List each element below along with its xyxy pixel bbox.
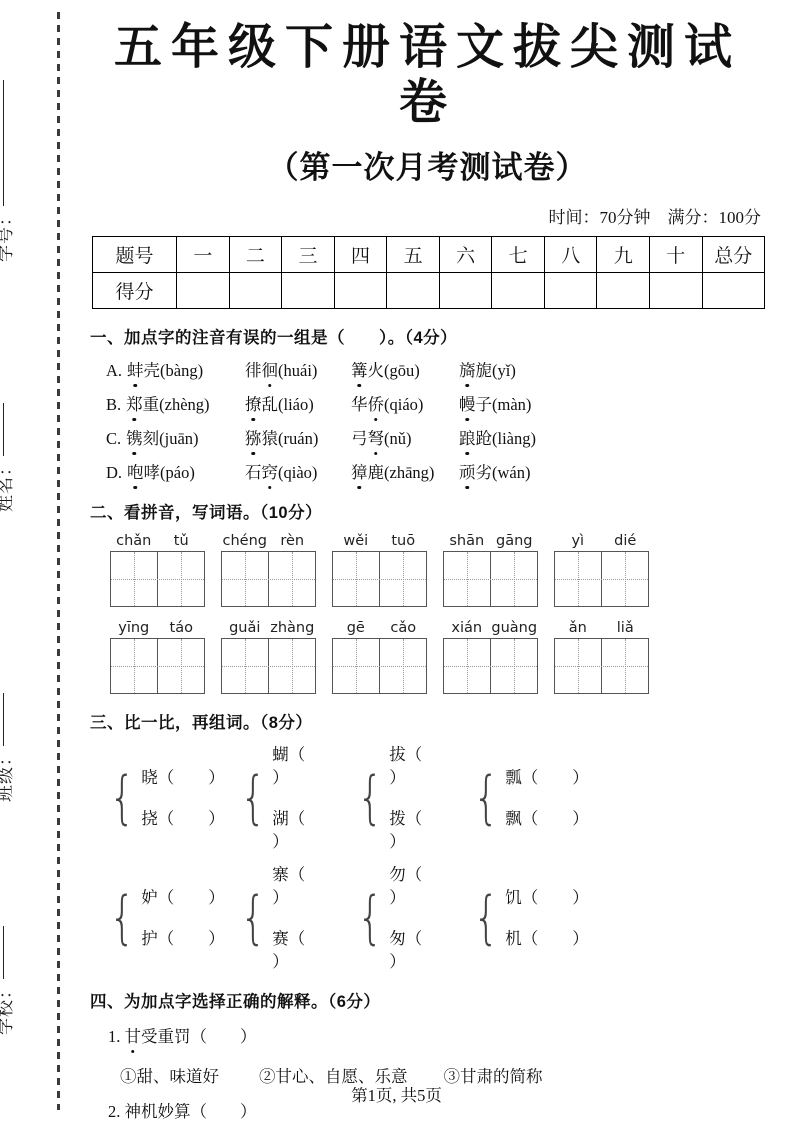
pinyin-syllable: chéng: [221, 533, 269, 549]
writing-cell: [379, 639, 426, 693]
score-cell-empty: [702, 273, 764, 309]
score-table-header-cell: 三: [282, 237, 335, 273]
score-table-header-cell: 二: [229, 237, 282, 273]
dotted-char: 郑: [126, 395, 143, 414]
pinyin-syllable: wěi: [332, 533, 380, 549]
score-cell-empty: [544, 273, 597, 309]
pinyin-writing-group: wěituō: [332, 533, 427, 607]
dotted-char: 徊: [262, 361, 279, 380]
paper-content: 五年级下册语文拔尖测试卷 （第一次月考测试卷） 时间：70分钟 满分：100分 …: [90, 0, 765, 1122]
score-table-header-cell: 题号: [93, 237, 177, 273]
student-id-fill-line: [2, 80, 4, 206]
compare-char: 拨: [389, 809, 406, 828]
dotted-char: 踉: [459, 429, 476, 448]
pinyin-syllable: guàng: [491, 620, 539, 636]
q1-option-c: C.镌刻(juān) 猕猿(ruán) 弓弩(nǔ) 踉跄(liàng): [106, 427, 765, 450]
writing-cell: [222, 639, 268, 693]
paper-title: 五年级下册语文拔尖测试卷: [90, 20, 765, 130]
class-label: 班级：: [0, 748, 16, 802]
score-table-header-cell: 一: [177, 237, 230, 273]
pinyin-writing-group: yìdié: [554, 533, 649, 607]
writing-box: [554, 551, 649, 607]
score-row-label: 得分: [93, 273, 177, 309]
q4-heading: 四、为加点字选择正确的解释。（6分）: [90, 988, 765, 1012]
compare-char: 晓: [141, 768, 158, 787]
binding-dashed-line: [57, 12, 60, 1110]
field-student-name: 姓名：: [0, 403, 16, 512]
school-fill-line: [2, 926, 4, 979]
word-pair-group: { 妒（） 护（）: [104, 863, 235, 973]
compare-char: 妒: [141, 888, 158, 907]
pinyin-syllable: xián: [443, 620, 491, 636]
q3-row-2: { 妒（） 护（） { 寨（） 赛（） { 勿（） 匆（） { 饥（） 机（）: [104, 863, 765, 973]
dotted-char: 窍: [262, 463, 279, 482]
student-name-fill-line: [2, 403, 4, 456]
dotted-char: 镌: [126, 429, 143, 448]
word-pair-group: { 蝴（） 湖（）: [235, 743, 352, 853]
writing-cell: [555, 552, 601, 606]
dotted-char: 蚌: [127, 361, 144, 380]
writing-cell: [601, 552, 648, 606]
option-label: A.: [106, 361, 122, 380]
compare-char: 蝴: [272, 745, 289, 764]
score-cell-empty: [492, 273, 545, 309]
compare-char: 护: [141, 929, 158, 948]
q2-row-1: chǎntǔ chéngrèn wěituō shāngāng yìdié: [110, 533, 765, 607]
compare-char: 勿: [389, 865, 406, 884]
brace-icon: {: [473, 771, 499, 825]
brace-icon: {: [357, 891, 383, 945]
q1-option-b: B.郑重(zhèng) 撩乱(liáo) 华侨(qiáo) 幔子(màn): [106, 393, 765, 416]
dotted-char: 旖: [459, 361, 476, 380]
compare-char: 机: [505, 929, 522, 948]
score-table: 题号 一 二 三 四 五 六 七 八 九 十 总分 得分: [92, 236, 765, 309]
dotted-char: 篝: [351, 361, 368, 380]
word-pair-group: { 瓢（） 飘（）: [468, 743, 589, 853]
writing-box: [332, 638, 427, 694]
score-cell-empty: [229, 273, 282, 309]
q2-heading: 二、看拼音，写词语。（10分）: [90, 499, 765, 523]
q3-row-1: { 晓（） 挠（） { 蝴（） 湖（） { 拔（） 拨（） { 瓢（） 飘（）: [104, 743, 765, 853]
writing-cell: [157, 639, 204, 693]
writing-cell: [379, 552, 426, 606]
writing-cell: [333, 552, 379, 606]
pinyin-syllable: ǎn: [554, 620, 602, 636]
dotted-char: 甘: [125, 1027, 142, 1046]
brace-icon: {: [473, 891, 499, 945]
writing-box: [221, 638, 316, 694]
compare-char: 拔: [389, 745, 406, 764]
score-table-header-cell: 十: [650, 237, 703, 273]
pinyin-syllable: táo: [158, 620, 206, 636]
option-label: C.: [106, 429, 121, 448]
pinyin-syllable: liǎ: [602, 620, 650, 636]
writing-box: [221, 551, 316, 607]
writing-cell: [157, 552, 204, 606]
compare-char: 挠: [141, 809, 158, 828]
pinyin-syllable: chǎn: [110, 533, 158, 549]
dotted-char: 顽: [459, 463, 476, 482]
paper-subtitle: （第一次月考测试卷）: [90, 142, 765, 187]
dotted-char: 撩: [245, 395, 262, 414]
writing-cell: [111, 552, 157, 606]
q1-option-d: D.咆哮(páo) 石窍(qiào) 獐鹿(zhāng) 顽劣(wán): [106, 461, 765, 484]
dotted-char: 幔: [459, 395, 476, 414]
writing-box: [443, 638, 538, 694]
compare-char: 赛: [272, 929, 289, 948]
pinyin-syllable: cǎo: [380, 620, 428, 636]
dotted-char: 獐: [351, 463, 368, 482]
pinyin-writing-group: xiánguàng: [443, 620, 538, 694]
compare-char: 飘: [505, 809, 522, 828]
writing-box: [554, 638, 649, 694]
student-id-label: 学号：: [0, 208, 16, 262]
writing-cell: [555, 639, 601, 693]
score-table-header-row: 题号 一 二 三 四 五 六 七 八 九 十 总分: [93, 237, 765, 273]
word-pair-group: { 饥（） 机（）: [468, 863, 589, 973]
dotted-char: 猕: [245, 429, 262, 448]
brace-icon: {: [109, 891, 135, 945]
compare-char: 饥: [505, 888, 522, 907]
q1-option-a: A.蚌壳(bàng) 徘徊(huái) 篝火(gōu) 旖旎(yǐ): [106, 359, 765, 382]
score-cell-empty: [387, 273, 440, 309]
pinyin-writing-group: chǎntǔ: [110, 533, 205, 607]
pinyin-writing-group: shāngāng: [443, 533, 538, 607]
score-cell-empty: [597, 273, 650, 309]
word-pair-group: { 勿（） 匆（）: [352, 863, 468, 973]
pinyin-syllable: yīng: [110, 620, 158, 636]
writing-box: [332, 551, 427, 607]
option-label: D.: [106, 463, 122, 482]
pinyin-writing-group: gēcǎo: [332, 620, 427, 694]
pinyin-syllable: dié: [602, 533, 650, 549]
score-table-header-cell: 总分: [702, 237, 764, 273]
writing-cell: [333, 639, 379, 693]
writing-box: [110, 638, 205, 694]
pinyin-syllable: tǔ: [158, 533, 206, 549]
score-cell-empty: [334, 273, 387, 309]
pinyin-syllable: yì: [554, 533, 602, 549]
writing-cell: [222, 552, 268, 606]
pinyin-syllable: gē: [332, 620, 380, 636]
score-table-header-cell: 七: [492, 237, 545, 273]
score-table-header-cell: 九: [597, 237, 650, 273]
score-table-header-cell: 五: [387, 237, 440, 273]
writing-cell: [601, 639, 648, 693]
writing-cell: [111, 639, 157, 693]
compare-char: 瓢: [505, 768, 522, 787]
compare-char: 寨: [272, 865, 289, 884]
score-cell-empty: [282, 273, 335, 309]
score-table-header-cell: 八: [544, 237, 597, 273]
word-pair-group: { 寨（） 赛（）: [235, 863, 352, 973]
dotted-char: 咆: [127, 463, 144, 482]
compare-char: 匆: [389, 929, 406, 948]
pinyin-syllable: rèn: [269, 533, 317, 549]
pinyin-syllable: shān: [443, 533, 491, 549]
score-cell-empty: [177, 273, 230, 309]
field-class: 班级：: [0, 693, 16, 802]
pinyin-writing-group: guǎizhàng: [221, 620, 316, 694]
class-fill-line: [2, 693, 4, 746]
brace-icon: {: [109, 771, 135, 825]
pinyin-writing-group: ǎnliǎ: [554, 620, 649, 694]
pinyin-syllable: tuō: [380, 533, 428, 549]
student-name-label: 姓名：: [0, 458, 16, 512]
score-table-header-cell: 四: [334, 237, 387, 273]
word-pair-group: { 拔（） 拨（）: [352, 743, 468, 853]
q4-item-1: 1. 甘受重罚（ ）: [108, 1025, 765, 1048]
writing-cell: [268, 639, 315, 693]
score-table-header-cell: 六: [439, 237, 492, 273]
score-cell-empty: [650, 273, 703, 309]
score-table-score-row: 得分: [93, 273, 765, 309]
compare-char: 湖: [272, 809, 289, 828]
pinyin-syllable: gāng: [491, 533, 539, 549]
writing-cell: [490, 552, 537, 606]
exam-time-score-info: 时间：70分钟 满分：100分: [90, 203, 765, 228]
writing-cell: [490, 639, 537, 693]
dotted-char: 弩: [368, 429, 385, 448]
word-pair-group: { 晓（） 挠（）: [104, 743, 235, 853]
brace-icon: {: [240, 891, 266, 945]
q1-heading: 一、加点字的注音有误的一组是（ ）。（4分）: [90, 324, 765, 348]
writing-cell: [444, 639, 490, 693]
pinyin-writing-group: chéngrèn: [221, 533, 316, 607]
school-label: 学校：: [0, 981, 16, 1035]
writing-box: [443, 551, 538, 607]
score-cell-empty: [439, 273, 492, 309]
writing-box: [110, 551, 205, 607]
pinyin-syllable: zhàng: [269, 620, 317, 636]
brace-icon: {: [240, 771, 266, 825]
brace-icon: {: [357, 771, 383, 825]
field-student-id: 学号：: [0, 80, 16, 262]
pinyin-writing-group: yīngtáo: [110, 620, 205, 694]
pinyin-syllable: guǎi: [221, 620, 269, 636]
writing-cell: [444, 552, 490, 606]
q2-row-2: yīngtáo guǎizhàng gēcǎo xiánguàng ǎnliǎ: [110, 620, 765, 694]
option-label: B.: [106, 395, 121, 414]
field-school: 学校：: [0, 926, 16, 1035]
q3-heading: 三、比一比，再组词。（8分）: [90, 709, 765, 733]
item-number: 1.: [108, 1027, 120, 1046]
page-footer: 第1页, 共5页: [0, 1082, 793, 1106]
writing-cell: [268, 552, 315, 606]
dotted-char: 侨: [368, 395, 385, 414]
